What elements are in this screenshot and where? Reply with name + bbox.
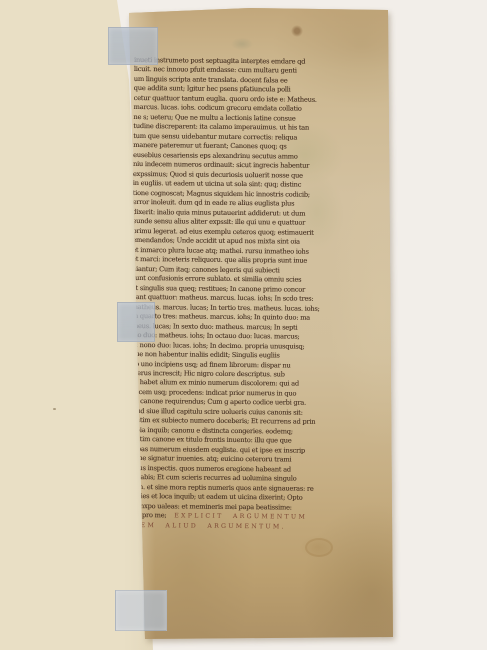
parchment: inueti instrumeto post septuagita interp… [127, 7, 394, 639]
tape-top [108, 27, 158, 65]
manuscript-leaf: inueti instrumeto post septuagita interp… [0, 0, 487, 650]
explicit-prefix: ora pro me; [130, 511, 167, 519]
text-block: inueti instrumeto post septuagita interp… [129, 56, 340, 532]
tape-bottom [115, 590, 167, 631]
photograph: inueti instrumeto post septuagita interp… [0, 0, 487, 650]
item-argumentum-label: ITEM ALIUD ARGUMENTUM. [129, 521, 335, 532]
ring-stain [305, 538, 333, 557]
dust-speck [53, 408, 56, 410]
tape-middle [117, 302, 155, 342]
explicit-argumentum-label: EXPLICIT ARGUMENTUM [174, 513, 307, 521]
